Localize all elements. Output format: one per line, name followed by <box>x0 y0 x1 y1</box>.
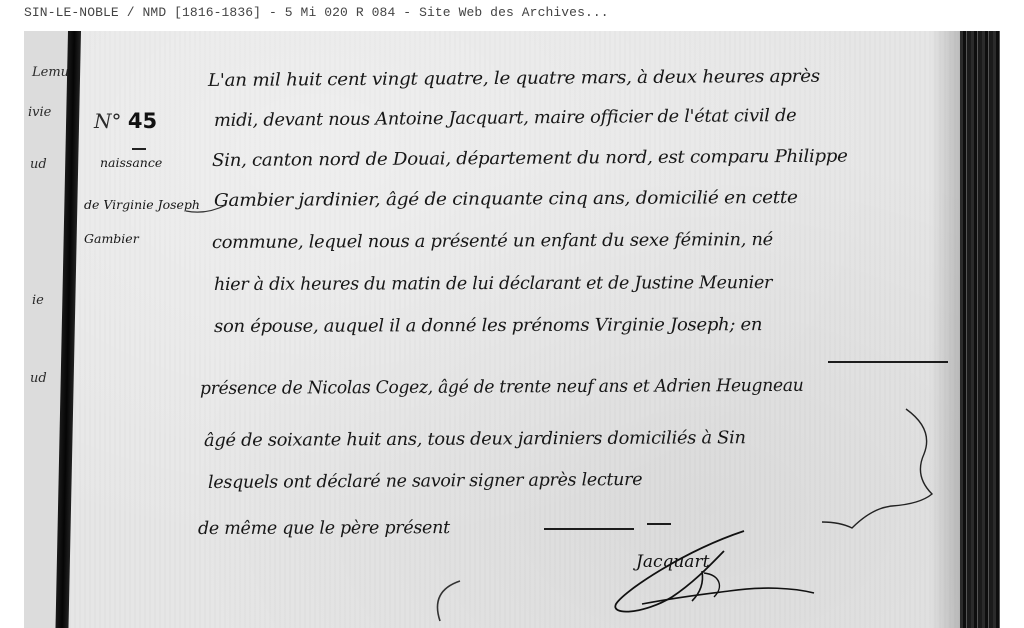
window-title: SIN-LE-NOBLE / NMD [1816-1836] - 5 Mi 02… <box>24 5 609 25</box>
document-scan[interactable]: Lemu ivie ud ie ud N° 45 naissance de Vi… <box>24 31 1000 628</box>
register-gutter <box>960 31 1000 628</box>
page-curve-shadow <box>930 31 960 628</box>
signature-flourish-icon <box>24 31 1000 628</box>
